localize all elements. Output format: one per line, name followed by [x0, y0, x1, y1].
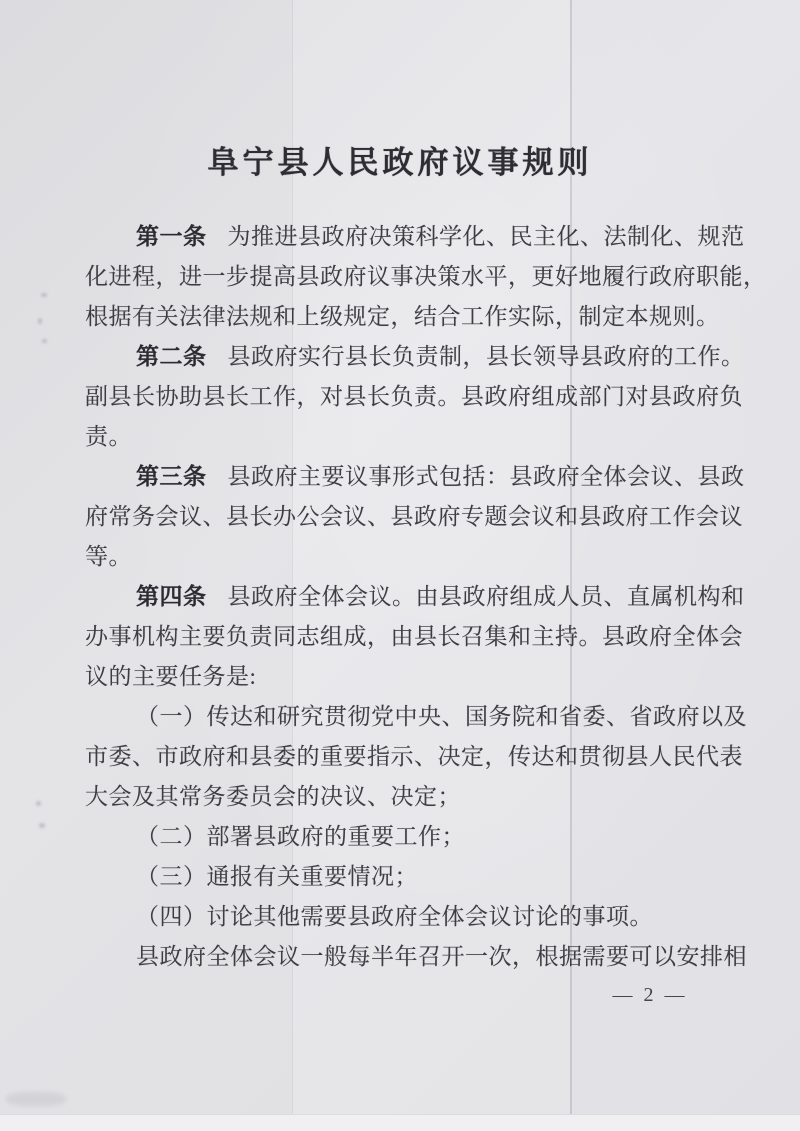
article-label: 第二条	[136, 344, 207, 369]
document-line: （四）讨论其他需要县政府全体会议讨论的事项。	[85, 902, 796, 932]
document-line: 责。	[85, 422, 745, 452]
line-text: （一）传达和研究贯彻党中央、国务院和省委、省政府以及	[136, 704, 747, 729]
document-line: 等。	[85, 542, 745, 572]
document-line: 第二条县政府实行县长负责制，县长领导县政府的工作。	[85, 342, 796, 372]
document-line: （二）部署县政府的重要工作；	[85, 822, 796, 852]
document-line: 根据有关法律法规和上级规定，结合工作实际，制定本规则。	[85, 302, 745, 332]
document-line: 大会及其常务委员会的决议、决定；	[85, 782, 745, 812]
line-text: 副县长协助县长工作，对县长负责。县政府组成部门对县政府负	[85, 384, 743, 409]
line-text: 县政府全体会议一般每半年召开一次，根据需要可以安排相	[136, 944, 747, 969]
document-line: （三）通报有关重要情况；	[85, 862, 796, 892]
document-line: 府常务会议、县长办公会议、县政府专题会议和县政府工作会议	[85, 502, 745, 532]
line-text: 府常务会议、县长办公会议、县政府专题会议和县政府工作会议	[85, 504, 743, 529]
document-line: （一）传达和研究贯彻党中央、国务院和省委、省政府以及	[85, 702, 796, 732]
line-text: 大会及其常务委员会的决议、决定；	[85, 784, 461, 809]
line-text: 议的主要任务是:	[85, 664, 256, 689]
line-text: （二）部署县政府的重要工作；	[136, 824, 465, 849]
document-line: 第一条为推进县政府决策科学化、民主化、法制化、规范	[85, 222, 796, 252]
line-text: 县政府主要议事形式包括：县政府全体会议、县政	[228, 464, 745, 489]
page-number: — 2 —	[598, 984, 702, 1007]
line-text: 等。	[85, 544, 132, 569]
line-text: （四）讨论其他需要县政府全体会议讨论的事项。	[136, 904, 653, 929]
line-text: 县政府实行县长负责制，县长领导县政府的工作。	[228, 344, 745, 369]
document-line: 第三条县政府主要议事形式包括：县政府全体会议、县政	[85, 462, 796, 492]
document-line: 第四条县政府全体会议。由县政府组成人员、直属机构和	[85, 582, 796, 612]
scanned-document-page: 阜宁县人民政府议事规则 第一条为推进县政府决策科学化、民主化、法制化、规范化进程…	[0, 0, 800, 1131]
article-label: 第三条	[136, 464, 207, 489]
article-label: 第四条	[136, 584, 207, 609]
line-text: 办事机构主要负责同志组成，由县长召集和主持。县政府全体会	[85, 624, 743, 649]
line-text: 根据有关法律法规和上级规定，结合工作实际，制定本规则。	[85, 304, 720, 329]
document-line: 市委、市政府和县委的重要指示、决定，传达和贯彻县人民代表	[85, 742, 745, 772]
line-text: 县政府全体会议。由县政府组成人员、直属机构和	[228, 584, 745, 609]
article-label: 第一条	[136, 224, 207, 249]
document-line: 化进程，进一步提高县政府议事决策水平，更好地履行政府职能，	[85, 262, 745, 292]
line-text: 为推进县政府决策科学化、民主化、法制化、规范	[228, 224, 745, 249]
document-body: 第一条为推进县政府决策科学化、民主化、法制化、规范化进程，进一步提高县政府议事决…	[0, 0, 800, 1131]
line-text: （三）通报有关重要情况；	[136, 864, 418, 889]
line-text: 责。	[85, 424, 132, 449]
document-line: 县政府全体会议一般每半年召开一次，根据需要可以安排相	[85, 942, 796, 972]
document-line: 议的主要任务是:	[85, 662, 745, 692]
document-line: 副县长协助县长工作，对县长负责。县政府组成部门对县政府负	[85, 382, 745, 412]
document-line: 办事机构主要负责同志组成，由县长召集和主持。县政府全体会	[85, 622, 745, 652]
line-text: 市委、市政府和县委的重要指示、决定，传达和贯彻县人民代表	[85, 744, 743, 769]
line-text: 化进程，进一步提高县政府议事决策水平，更好地履行政府职能，	[85, 264, 767, 289]
